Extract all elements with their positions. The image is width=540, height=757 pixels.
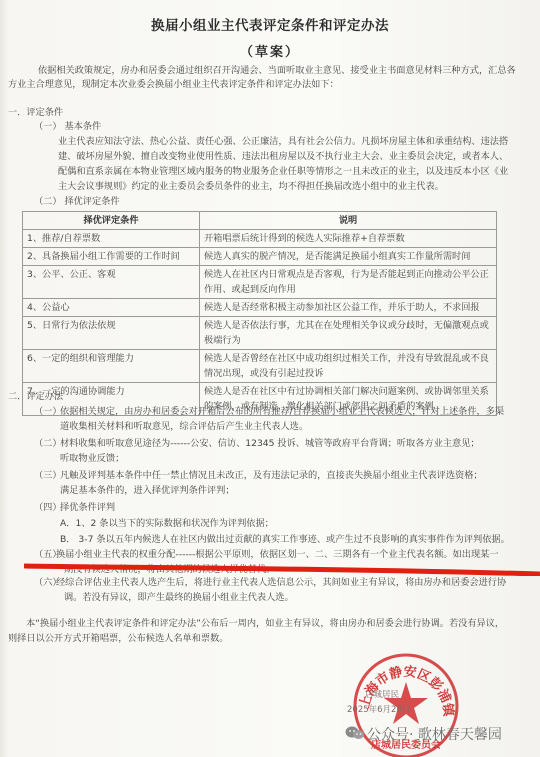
preferred-conditions-heading: （二） 择优评定条件 bbox=[34, 195, 120, 210]
table-row: 2、具备换届小组工作需要的工作时间 候选人真实的脱产情况，是否能满足换届小组真实… bbox=[23, 248, 497, 266]
criteria-cell: 2、具备换届小组工作需要的工作时间 bbox=[23, 248, 200, 266]
description-cell: 开箱唱票后统计得到的候选人实际推荐+自荐票数 bbox=[200, 230, 497, 248]
watermark: 公众号· 歌林春天馨园 bbox=[345, 724, 502, 744]
method-1-label: （一） bbox=[34, 405, 62, 420]
description-cell: 候选人是否依法行事，尤其在在处理相关争议或分歧时，无偏激观点或极端行为 bbox=[200, 317, 497, 350]
method-3-line-1: 凡触及评判基本条件中任一禁止情况且未改正，及有违法记录的，直接丧失换届小组业主代… bbox=[60, 469, 483, 484]
method-3-label: （三） bbox=[34, 469, 62, 484]
red-underline-annotation bbox=[24, 562, 540, 576]
document-date: 2025年6月20日 bbox=[347, 703, 410, 715]
criteria-cell: 4、公益心 bbox=[23, 299, 200, 317]
criteria-cell: 6、一定的组织和管理能力 bbox=[23, 350, 200, 383]
criteria-cell: 3、公平、公正、客观 bbox=[23, 266, 200, 299]
criteria-cell: 1、推荐/自荐票数 bbox=[23, 230, 200, 248]
basic-conditions-heading: （一） 基本条件 bbox=[34, 120, 101, 135]
preferred-criteria-table: 择优评定条件 说明 1、推荐/自荐票数 开箱唱票后统计得到的候选人实际推荐+自荐… bbox=[22, 211, 497, 416]
description-cell: 候选人真实的脱产情况，是否能满足换届小组真实工作量所需时间 bbox=[200, 248, 497, 266]
table-row: 5、日常行为依法依规 候选人是否依法行事，尤其在在处理相关争议或分歧时，无偏激观… bbox=[23, 317, 497, 350]
table-header-description: 说明 bbox=[200, 212, 497, 230]
method-1-line-2: 道收集相关材料和听取意见，综合评估后产生业主代表人选。 bbox=[60, 420, 308, 435]
criteria-cell: 5、日常行为依法依规 bbox=[23, 317, 200, 350]
table-row: 1、推荐/自荐票数 开箱唱票后统计得到的候选人实际推荐+自荐票数 bbox=[23, 230, 497, 248]
method-6-line-1: 经综合评估业主代表人选产生后，将进行业主代表人选信息公示，其间如业主有异议，将由… bbox=[56, 576, 506, 591]
document-page: 换届小组业主代表评定条件和评定办法 （草案） 依据相关政策规定，房办和居委会通过… bbox=[0, 0, 540, 757]
intro-line-1: 依据相关政策规定，房办和居委会通过组织召开沟通会、当面听取业主意见、接受业主书面… bbox=[38, 64, 516, 79]
wechat-icon bbox=[345, 726, 365, 740]
closing-line-2: 则择日以公开方式开箱唱票，公布候选人名单和票数。 bbox=[8, 632, 229, 647]
method-4-line-1: 择优条件评判 bbox=[60, 501, 115, 516]
intro-line-2: 方业主合理意见，现制定本次业委会换届小组业主代表评定条件和评定办法如下： bbox=[8, 78, 339, 93]
section1-heading: 一．评定条件 bbox=[8, 106, 63, 121]
basic-line-3: 配偶和直系亲属在本物业管理区域内服务的物业服务企业任职等情形之一且未改正的业主，… bbox=[58, 165, 508, 180]
table-row: 6、一定的组织和管理能力 候选人是否曾经在社区中成功组织过相关工作，并没有导致混… bbox=[23, 350, 497, 383]
basic-line-2: 建、破坏房屋外貌、擅自改变物业使用性质、违法出租房屋以及不执行业主大会、业主委员… bbox=[58, 150, 508, 165]
watermark-prefix: 公众号· bbox=[367, 727, 413, 743]
method-6-line-2: 调。若没有异议，即产生最终的换届小组业主代表人选。 bbox=[64, 591, 294, 606]
method-4-label: （四） bbox=[34, 501, 62, 516]
watermark-account-name: 歌林春天馨园 bbox=[418, 727, 502, 743]
document-title: 换届小组业主代表评定条件和评定办法 bbox=[0, 14, 540, 34]
signer-text: 店城居民 bbox=[365, 688, 399, 700]
method-2-line-1: 材料收集和听取意见途径为------公安、信访、12345 投诉、城管等政府平台… bbox=[60, 437, 480, 452]
section2-heading: 二．评定办法 bbox=[8, 390, 63, 405]
method-3-line-2: 满足基本条件的，进入择优评判条件评判； bbox=[60, 484, 235, 499]
method-4-line-3: B． 3-7 条以五年内候选人在社区内做出过贡献的真实工作事迹、或产生过不良影响… bbox=[60, 533, 510, 548]
method-2-label: （二） bbox=[34, 437, 62, 452]
method-2-line-2: 听取物业反馈； bbox=[60, 452, 124, 467]
basic-line-1: 业主代表应知法守法、热心公益、责任心强、公正廉洁，具有社会公信力。凡损坏房屋主体… bbox=[58, 135, 508, 150]
description-cell: 候选人是否曾经在社区中成功组织过相关工作，并没有导致混乱或不良情况出现，或没有引… bbox=[200, 350, 497, 383]
table-row: 3、公平、公正、客观 候选人在社区内日常观点是否客观，行为是否能起到正向推动公平… bbox=[23, 266, 497, 299]
table-header-criteria: 择优评定条件 bbox=[23, 212, 200, 230]
description-cell: 候选人在社区内日常观点是否客观，行为是否能起到正向推动公平公正作用、或起到反向作… bbox=[200, 266, 497, 299]
document-subtitle: （草案） bbox=[0, 41, 540, 60]
method-4-line-2: A．1、2 条以当下的实际数据和状况作为评判依据； bbox=[60, 517, 274, 532]
method-5-line-1: 换届小组业主代表的权重分配------根据公平原则，依据区划一、二、三期各有一个… bbox=[56, 548, 499, 563]
basic-line-4: 主大会议事规则》约定的业主委员会委员条件的业主，均不得担任换届改选小组中的业主代… bbox=[58, 180, 444, 195]
closing-line-1: 本“换届小组业主代表评定条件和评定办法”公布后一周内，如业主有异议，将由房办和居… bbox=[26, 617, 504, 632]
method-1-line-1: 依据相关规定，由房办和居委会对开箱后公布的所有推荐/自荐换届小组业主代表候选人，… bbox=[60, 405, 504, 420]
table-header-row: 择优评定条件 说明 bbox=[23, 212, 497, 230]
table-row: 4、公益心 候选人是否经常积极主动参加社区公益工作，并乐于助人，不求回报 bbox=[23, 299, 497, 317]
description-cell: 候选人是否经常积极主动参加社区公益工作，并乐于助人，不求回报 bbox=[200, 299, 497, 317]
